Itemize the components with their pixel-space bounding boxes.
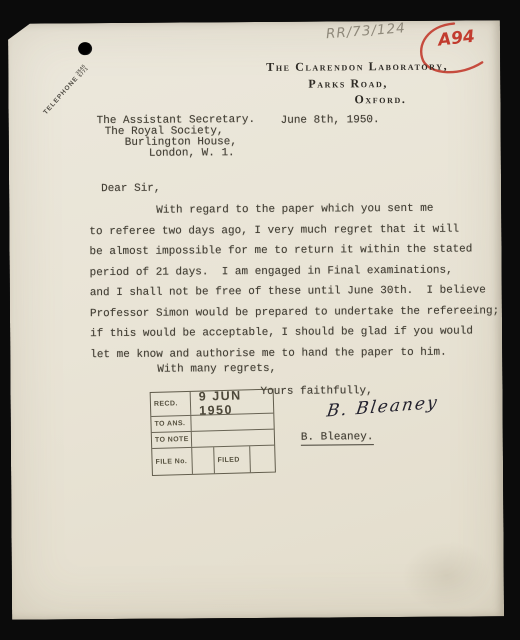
body-line: let me know and authorise me to hand the… <box>90 346 492 369</box>
letter-paper: TELEPHONE 3545 5771 RR/73/124 A94 The Cl… <box>8 20 504 619</box>
body-line: be almost impossible for me to return it… <box>89 243 491 266</box>
file-no-label: FILE No. <box>152 448 193 475</box>
received-stamp-row-file: FILE No. FILED <box>152 446 275 475</box>
telephone-stamp-numbers: 3545 5771 <box>75 64 89 78</box>
to-note-value-cell <box>192 430 274 447</box>
punch-hole <box>78 42 92 55</box>
telephone-stamp-word: TELEPHONE <box>42 75 80 116</box>
typed-signature: B. Bleaney. <box>301 431 374 446</box>
filed-label: FILED <box>214 446 251 473</box>
valediction: Yours faithfully, <box>260 385 372 398</box>
body-line: to referee two days ago, I very much reg… <box>89 223 491 246</box>
telephone-stamp: TELEPHONE 3545 5771 <box>42 64 90 116</box>
body-line: and I shall not be free of these until J… <box>90 284 492 307</box>
paper-smudge <box>402 540 492 611</box>
body-line: if this would be acceptable, I should be… <box>90 325 492 348</box>
letterhead-line2: Parks Road, <box>308 76 388 92</box>
filed-value-cell <box>250 446 275 473</box>
letterhead-line1: The Clarendon Laboratory, <box>266 59 448 75</box>
letter-body: With regard to the paper which you sent … <box>89 202 492 369</box>
to-ans-label: TO ANS. <box>151 416 191 432</box>
letterhead-line3: Oxford. <box>354 92 406 107</box>
received-stamp-row-recd: RECD. 9 JUN 1950 <box>151 390 274 417</box>
scanned-letter-photo: { "annotations": { "ref_number": "RR/73/… <box>0 0 520 640</box>
recd-label: RECD. <box>151 392 192 416</box>
body-line: period of 21 days. I am engaged in Final… <box>90 264 492 287</box>
salutation: Dear Sir, <box>101 183 161 195</box>
to-ans-value-cell <box>191 414 273 431</box>
to-note-label: TO NOTE <box>152 432 192 448</box>
archive-reference: RR/73/124 <box>325 20 406 42</box>
file-no-value-cell <box>192 447 215 474</box>
closing-regrets: With many regrets, <box>157 363 276 376</box>
recd-date-value: 9 JUN 1950 <box>191 390 274 415</box>
received-stamp-box: RECD. 9 JUN 1950 TO ANS. TO NOTE FILE No… <box>150 389 276 476</box>
red-code-text: A94 <box>437 27 476 51</box>
letter-date: June 8th, 1950. <box>281 114 380 127</box>
body-line: Professor Simon would be prepared to und… <box>90 305 492 328</box>
recipient-line4: London, W. 1. <box>149 147 235 160</box>
body-line: With regard to the paper which you sent … <box>89 202 491 225</box>
